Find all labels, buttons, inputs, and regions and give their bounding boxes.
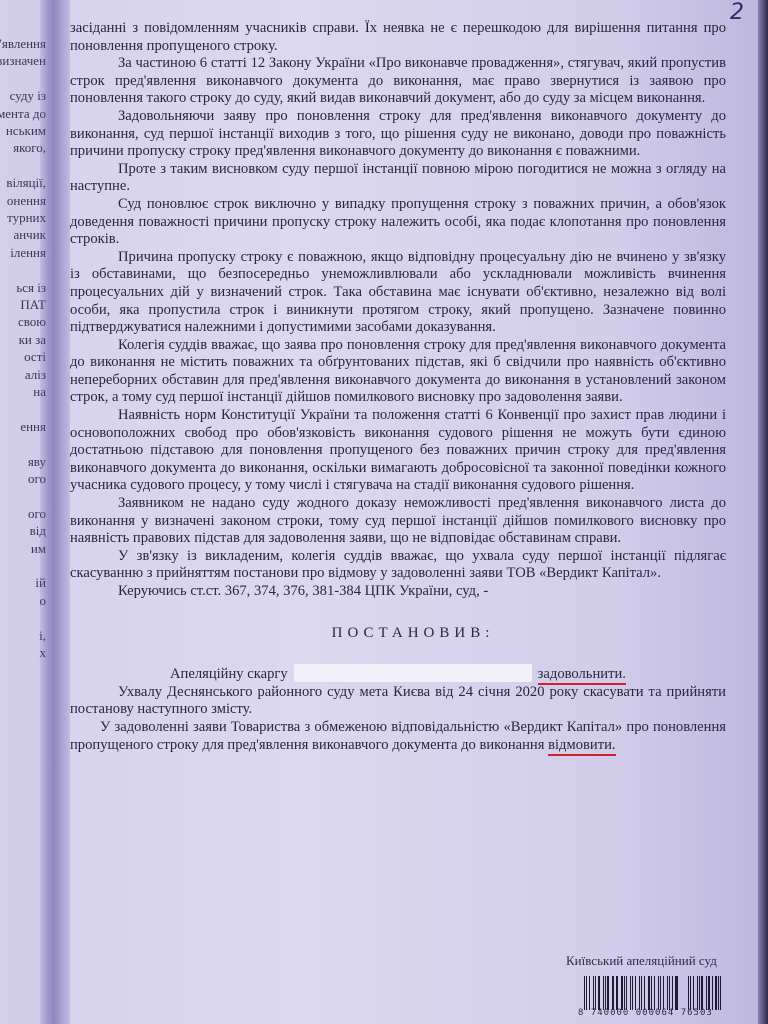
- paragraph: Керуючись ст.ст. 367, 374, 376, 381-384 …: [70, 583, 726, 601]
- redacted-block: [294, 664, 532, 682]
- paragraph: засіданні з повідомленням учасників спра…: [70, 20, 726, 55]
- ruling-paragraph: Ухвалу Деснянського районного суду мета …: [70, 684, 726, 719]
- paragraph: Заявником не надано суду жодного доказу …: [70, 495, 726, 548]
- document-page: 'явленнявизначенсуду ізмента донськимяко…: [0, 0, 768, 1024]
- paragraph: Причина пропуску строку є поважною, якщо…: [70, 249, 726, 337]
- resolution-heading: ПОСТАНОВИВ:: [100, 625, 726, 643]
- right-page-edge: [758, 0, 768, 1024]
- refusal-paragraph: У задоволенні заяви Товариства з обмежен…: [70, 719, 726, 754]
- paragraph: Суд поновлює строк виключно у випадку пр…: [70, 196, 726, 249]
- document-body: засіданні з повідомленням учасників спра…: [70, 20, 726, 754]
- decision-section: Апеляційну скаргузадовольнити. Ухвалу Де…: [70, 664, 726, 754]
- paragraph-list: засіданні з повідомленням учасників спра…: [70, 20, 726, 601]
- appeal-decision: Апеляційну скаргузадовольнити.: [70, 664, 726, 684]
- refusal-text: У задоволенні заяви Товариства з обмежен…: [70, 719, 726, 753]
- paragraph: Проте з таким висновком суду першої інст…: [70, 161, 726, 196]
- paragraph: Колегія суддів вважає, що заява про поно…: [70, 337, 726, 407]
- barcode-digits: 8 740000 000064 76503: [578, 1008, 713, 1018]
- paragraph: Задовольняючи заяву про поновлення строк…: [70, 108, 726, 161]
- ruling-text: Ухвалу Деснянського районного суду мета …: [70, 684, 726, 718]
- barcode: [584, 976, 724, 1010]
- appeal-verdict: задовольнити.: [538, 666, 626, 685]
- refusal-verdict: відмовити.: [548, 737, 615, 756]
- paragraph: Наявність норм Конституції України та по…: [70, 407, 726, 495]
- paragraph: За частиною 6 статті 12 Закону України «…: [70, 55, 726, 108]
- handwritten-page-number: 2: [730, 0, 744, 25]
- paragraph: У зв'язку із викладеним, колегія суддів …: [70, 548, 726, 583]
- appeal-prefix: Апеляційну скаргу: [170, 666, 288, 682]
- page-fold-shadow: [40, 0, 70, 1024]
- court-name-footer: Київський апеляційний суд: [566, 953, 717, 969]
